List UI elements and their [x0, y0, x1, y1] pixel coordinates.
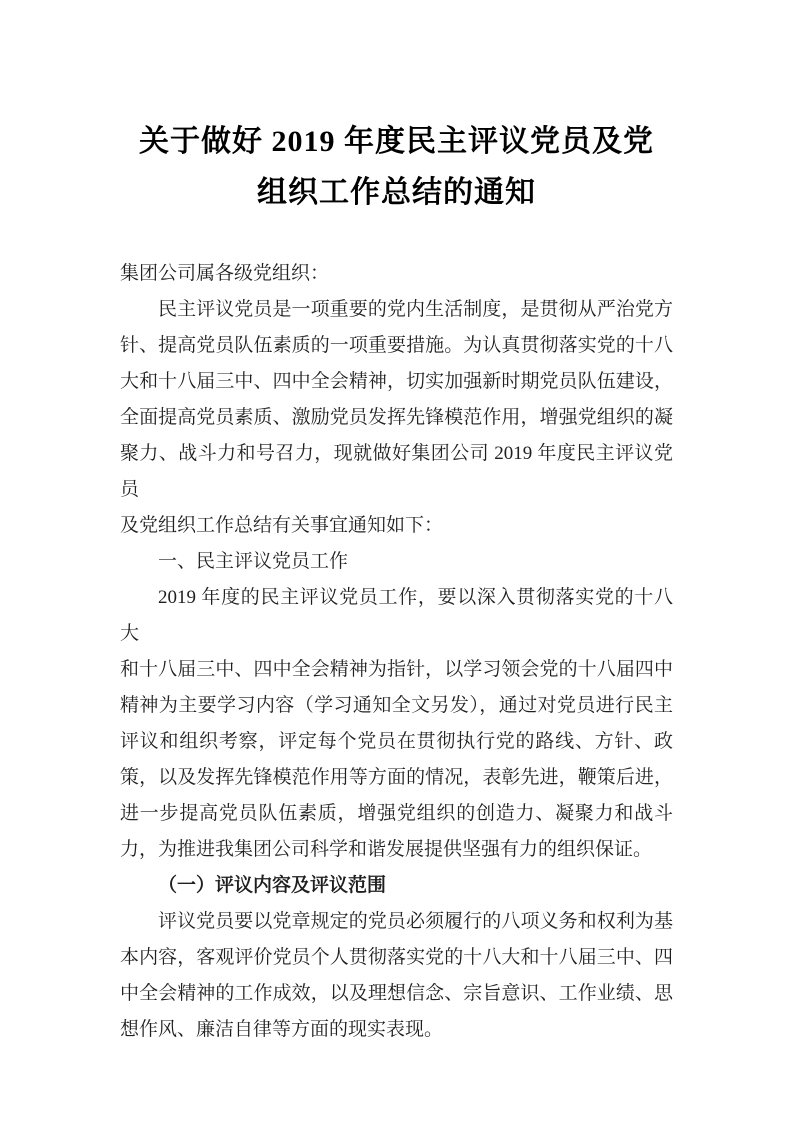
salutation: 集团公司属各级党组织：	[120, 256, 673, 292]
text-line: 进一步提高党员队伍素质，增强党组织的创造力、凝聚力和战斗	[120, 796, 673, 832]
text-line: 针、提高党员队伍素质的一项重要措施。为认真贯彻落实党的十八	[120, 328, 673, 364]
heading: 一、民主评议党员工作	[120, 544, 673, 580]
document-title: 关于做好 2019 年度民主评议党员及党组织工作总结的通知	[120, 116, 673, 218]
text-line: 2019 年度的民主评议党员工作，要以深入贯彻落实党的十八大	[120, 580, 673, 652]
text-line: 本内容，客观评价党员个人贯彻落实党的十八大和十八届三中、四	[120, 940, 673, 976]
text-line: 评议和组织考察，评定每个党员在贯彻执行党的路线、方针、政	[120, 724, 673, 760]
document-body: 集团公司属各级党组织：民主评议党员是一项重要的党内生活制度，是贯彻从严治党方针、…	[120, 256, 673, 1048]
title-line: 关于做好 2019 年度民主评议党员及党	[120, 116, 673, 167]
text-line: 全面提高党员素质、激励党员发挥先锋模范作用，增强党组织的凝	[120, 400, 673, 436]
text-line: 力，为推进我集团公司科学和谐发展提供坚强有力的组织保证。	[120, 832, 673, 868]
text-line: 评议党员要以党章规定的党员必须履行的八项义务和权利为基	[120, 904, 673, 940]
text-line: 中全会精神的工作成效，以及理想信念、宗旨意识、工作业绩、思	[120, 976, 673, 1012]
text-line: 及党组织工作总结有关事宜通知如下：	[120, 508, 673, 544]
text-line: 想作风、廉洁自律等方面的现实表现。	[120, 1012, 673, 1048]
heading-bold: （一）评议内容及评议范围	[120, 868, 673, 904]
paragraph: 评议党员要以党章规定的党员必须履行的八项义务和权利为基本内容，客观评价党员个人贯…	[120, 904, 673, 1048]
text-line: 策，以及发挥先锋模范作用等方面的情况，表彰先进，鞭策后进，	[120, 760, 673, 796]
text-line: （一）评议内容及评议范围	[120, 868, 673, 904]
paragraph: 民主评议党员是一项重要的党内生活制度，是贯彻从严治党方针、提高党员队伍素质的一项…	[120, 292, 673, 544]
title-line: 组织工作总结的通知	[120, 167, 673, 218]
text-line: 民主评议党员是一项重要的党内生活制度，是贯彻从严治党方	[120, 292, 673, 328]
paragraph: 2019 年度的民主评议党员工作，要以深入贯彻落实党的十八大和十八届三中、四中全…	[120, 580, 673, 868]
text-line: 集团公司属各级党组织：	[120, 256, 673, 292]
text-line: 精神为主要学习内容（学习通知全文另发），通过对党员进行民主	[120, 688, 673, 724]
text-line: 一、民主评议党员工作	[120, 544, 673, 580]
document-page: 关于做好 2019 年度民主评议党员及党组织工作总结的通知 集团公司属各级党组织…	[0, 0, 793, 1122]
text-line: 聚力、战斗力和号召力，现就做好集团公司 2019 年度民主评议党员	[120, 436, 673, 508]
text-line: 和十八届三中、四中全会精神为指针，以学习领会党的十八届四中	[120, 652, 673, 688]
text-line: 大和十八届三中、四中全会精神，切实加强新时期党员队伍建设，	[120, 364, 673, 400]
